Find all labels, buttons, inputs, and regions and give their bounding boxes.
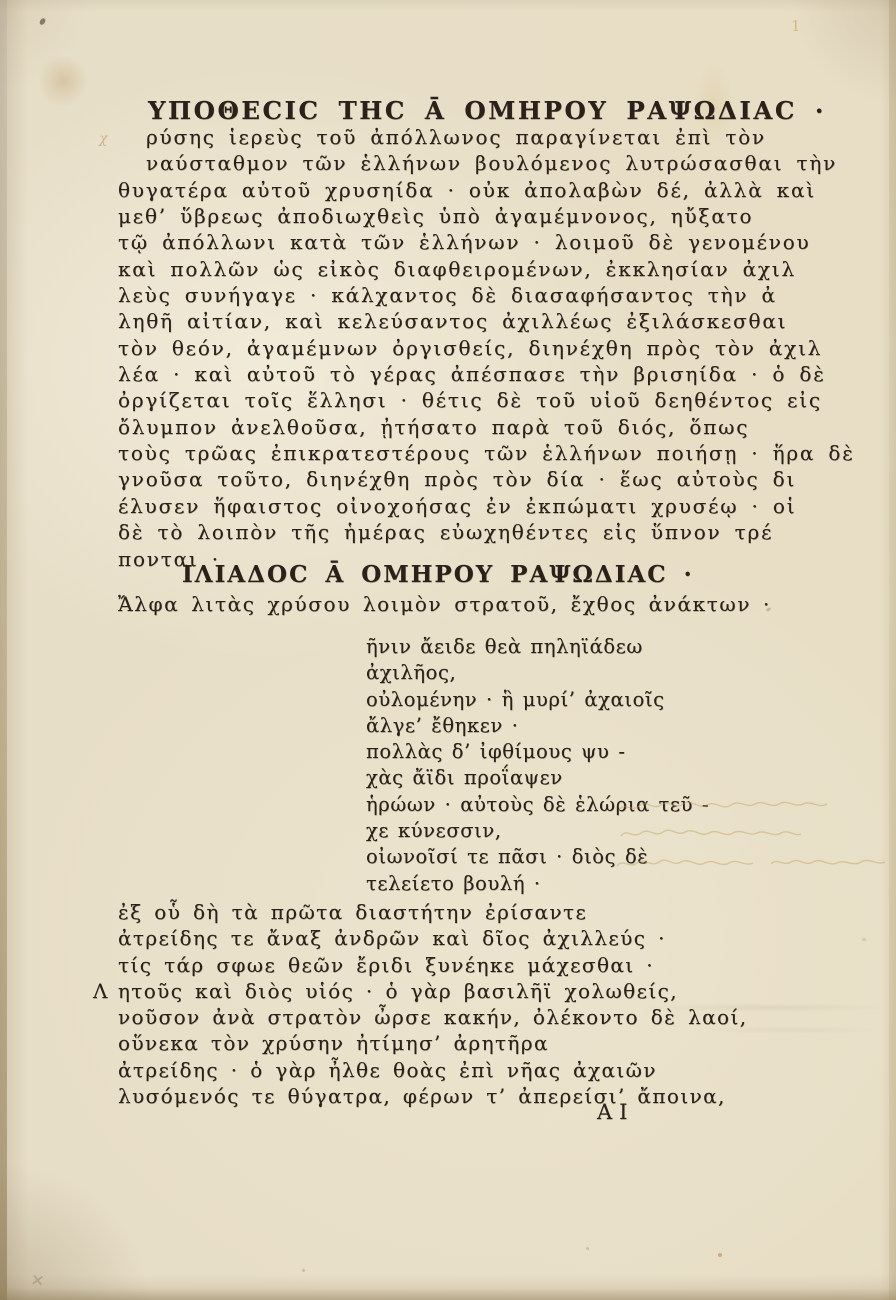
page-right-edge xyxy=(889,0,896,1300)
proem-line: πολλὰς δ’ ἰφθίμους ψυ - xyxy=(366,739,709,765)
hypothesis-line: γνοῦσα τοῦτο, διηνέχθη πρὸς τὸν δία · ἕω… xyxy=(118,466,855,492)
hypothesis-paragraph: ρύσης ἱερεὺς τοῦ ἀπόλλωνος παραγίνεται ἐ… xyxy=(118,124,855,572)
hypothesis-line: ληθῆ αἰτίαν, καὶ κελεύσαντος ἀχιλλέως ἐξ… xyxy=(118,308,855,334)
hypothesis-line: τοὺς τρῶας ἐπικρατεστέρους τῶν ἑλλήνων π… xyxy=(118,440,855,466)
verse-line-outdented: Λητοῦς καὶ διὸς υἱός · ὁ γὰρ βασιλῆϊ χολ… xyxy=(118,978,748,1004)
verse-block: ἐξ οὗ δὴ τὰ πρῶτα διαστήτην ἐρίσαντε ἀτρ… xyxy=(118,899,748,1109)
hypothesis-line: λεὺς συνήγαγε · κάλχαντος δὲ διασαφήσαντ… xyxy=(118,282,855,308)
marginalia-line xyxy=(621,830,801,836)
quire-signature: AI xyxy=(597,1100,634,1124)
paper-stain xyxy=(38,55,88,107)
hypothesis-line: ναύσταθμον τῶν ἑλλήνων βουλόμενος λυτρώσ… xyxy=(118,150,855,176)
verse-line-rest: ητοῦς καὶ διὸς υἱός · ὁ γὰρ βασιλῆϊ χολω… xyxy=(118,979,678,1003)
argument-line: Ἄλφα λιτὰς χρύσου λοιμὸν στρατοῦ, ἔχθος … xyxy=(118,592,771,616)
outdent-initial-lambda: Λ xyxy=(93,978,118,1004)
hypothesis-heading: ΥΠΟΘΕCΙC ΤΗC Ᾱ ΟΜΗΡΟΥ ΡΑΨΩΔΙΑC · xyxy=(148,96,826,125)
page-left-edge xyxy=(0,0,7,1300)
verse-line: οὕνεκα τὸν χρύσην ἠτίμησ’ ἀρητῆρα xyxy=(118,1030,748,1056)
marginalia-line xyxy=(617,860,885,866)
verse-line: νοῦσον ἀνὰ στρατὸν ὦρσε κακήν, ὀλέκοντο … xyxy=(118,1004,748,1030)
hypothesis-line: ρύσης ἱερεὺς τοῦ ἀπόλλωνος παραγίνεται ἐ… xyxy=(118,124,855,150)
hypothesis-line: δὲ τὸ λοιπὸν τῆς ἡμέρας εὐωχηθέντες εἰς … xyxy=(118,519,855,545)
paper-speck xyxy=(586,1247,589,1250)
marginalia-line xyxy=(619,802,827,810)
ink-mark xyxy=(39,17,46,25)
hypothesis-line: θυγατέρα αὐτοῦ χρυσηίδα · οὐκ ἀπολαβὼν δ… xyxy=(118,177,855,203)
verse-line: ἀτρείδης τε ἄναξ ἀνδρῶν καὶ δῖος ἀχιλλεύ… xyxy=(118,925,748,951)
page-bottom-edge xyxy=(0,1288,896,1300)
folio-numeral: 1 xyxy=(791,17,801,35)
paper-speck xyxy=(862,938,866,941)
hypothesis-line: έλυσεν ἥφαιστος οἰνοχοήσας ἐν ἐκπώματι χ… xyxy=(118,493,855,519)
proem-line: ἀχιλῆος, xyxy=(366,660,709,686)
hypothesis-line: καὶ πολλῶν ὡς εἰκὸς διαφθειρομένων, ἐκκλ… xyxy=(118,256,855,282)
hypothesis-line: μεθ’ ὕβρεως ἀποδιωχθεὶς ὑπὸ ἀγαμέμνονος,… xyxy=(118,203,855,229)
hypothesis-line: ὄλυμπον ἀνελθοῦσα, ᾐτήσατο παρὰ τοῦ διός… xyxy=(118,414,855,440)
paper-speck xyxy=(302,1269,305,1272)
hypothesis-line: τὸν θεόν, ἀγαμέμνων ὀργισθείς, διηνέχθη … xyxy=(118,335,855,361)
verse-line: ἐξ οὗ δὴ τὰ πρῶτα διαστήτην ἐρίσαντε xyxy=(118,899,748,925)
proem-line: οὐλομένην · ἣ μυρί’ ἀχαιοῖς xyxy=(366,687,709,713)
proem-line: ῆνιν ἄειδε θεὰ πηληϊάδεω xyxy=(366,634,709,660)
hypothesis-line: ὀργίζεται τοῖς ἕλλησι · θέτις δὲ τοῦ υἱο… xyxy=(118,387,855,413)
hypothesis-line: λέα · καὶ αὐτοῦ τὸ γέρας ἀπέσπασε τὴν βρ… xyxy=(118,361,855,387)
verse-line: ἀτρείδης · ὁ γὰρ ἦλθε θοὰς ἐπὶ νῆας ἀχαι… xyxy=(118,1057,748,1083)
hypothesis-line: τῷ ἀπόλλωνι κατὰ τῶν ἑλλήνων · λοιμοῦ δὲ… xyxy=(118,229,855,255)
incunable-page: { "document": { "heading_hypothesis": "Υ… xyxy=(0,0,896,1300)
paper-speck xyxy=(718,1253,722,1257)
verse-line: τίς τάρ σφωε θεῶν ἔριδι ξυνέηκε μάχεσθαι… xyxy=(118,952,748,978)
verse-line: λυσόμενός τε θύγατρα, φέρων τ’ ἀπερείσι’… xyxy=(118,1083,748,1109)
iliad-heading: ΙΛΙΑΔΟC Ᾱ ΟΜΗΡΟΥ ΡΑΨΩΔΙΑC · xyxy=(182,561,694,588)
proem-line: χὰς ἄϊδι προΐαψεν xyxy=(366,765,709,791)
proem-line: ἄλγε’ ἔθηκεν · xyxy=(366,713,709,739)
marginalia-handwriting xyxy=(615,796,895,888)
rubricator-guide-letter: χ xyxy=(99,131,107,147)
